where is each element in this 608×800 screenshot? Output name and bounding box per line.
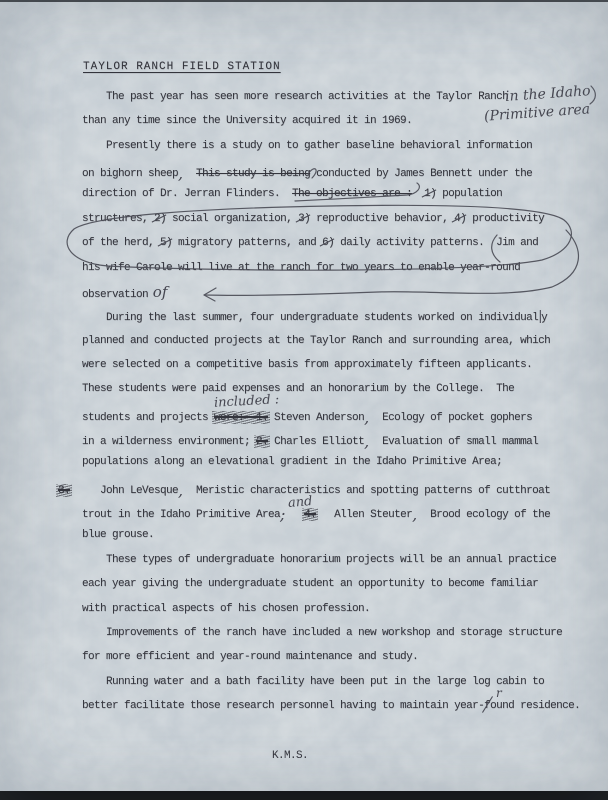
typed-text: for more efficient and year-round mainte… <box>58 651 418 663</box>
handwritten-insert: of <box>148 283 167 301</box>
typed-text: conducted by James Bennett under the <box>310 168 532 180</box>
handwritten-r-correction: r <box>496 686 502 700</box>
typed-text: than any time since the University acqui… <box>58 115 412 127</box>
typed-text <box>412 188 424 200</box>
typed-text: were selected on a competitive basis fro… <box>58 359 532 371</box>
typed-text: blue grouse. <box>58 529 154 541</box>
typed-line: Presently there is a study on to gather … <box>58 141 532 152</box>
typed-text: y <box>541 312 547 324</box>
slashed-number: 5) <box>160 237 172 249</box>
typed-text: Ecology of pocket gophers <box>370 412 532 424</box>
typed-text: Meristic characteristics and spotting pa… <box>184 485 550 497</box>
slashed-number: 2) <box>154 213 166 225</box>
handwritten-comma: , <box>364 436 370 447</box>
scan-edge-bottom <box>0 791 608 800</box>
typed-line: These types of undergraduate honorarium … <box>58 555 556 566</box>
typed-text: migratory patterns, and <box>172 237 322 249</box>
typed-text: of the herd, <box>58 237 160 249</box>
initials-signature: K.M.S. <box>272 750 308 762</box>
slashed-number: 6) <box>322 237 334 249</box>
typed-text: population <box>436 188 502 200</box>
typed-text: planned and conducted projects at the Ta… <box>58 335 550 347</box>
typed-text: his wife Carole will live at the ranch f… <box>58 262 520 274</box>
typed-text: social organization, <box>166 213 298 225</box>
typed-text: on bighorn sheep <box>58 168 178 180</box>
handwritten-comma: , <box>178 168 184 179</box>
typed-line: populations along an elevational gradien… <box>58 457 502 468</box>
typed-text: During the last summer, four undergradua… <box>58 312 538 324</box>
typed-text: structures, <box>58 213 154 225</box>
struck-text: The objectives are : <box>292 188 412 200</box>
typed-text: Presently there is a study on to gather … <box>58 140 532 152</box>
scanned-document-page: TAYLOR RANCH FIELD STATION The past year… <box>0 0 608 800</box>
scribbled-out-text: 3. <box>58 485 70 497</box>
letter-with-slash: f <box>484 700 490 712</box>
typed-text: with practical aspects of his chosen pro… <box>58 603 370 615</box>
typed-line: his wife Carole will live at the ranch f… <box>58 263 520 274</box>
scribbled-out-text: were: 1. <box>214 412 268 424</box>
typed-line: than any time since the University acqui… <box>58 116 412 127</box>
scribbled-out-text: 2. <box>256 436 268 448</box>
typed-line: The past year has seen more research act… <box>58 92 508 103</box>
typed-text: Allen Steuter <box>316 509 412 521</box>
typed-text <box>184 168 196 180</box>
typed-line: in a wilderness environment; 2. Charles … <box>58 433 538 448</box>
typed-line: were selected on a competitive basis fro… <box>58 360 532 371</box>
typed-line: students and projects were: 1. Steven An… <box>58 409 532 424</box>
typed-line: planned and conducted projects at the Ta… <box>58 336 550 347</box>
typed-line: observation of <box>58 287 167 301</box>
typed-text: observation <box>58 289 148 301</box>
typed-line: These students were paid expenses and an… <box>58 384 514 395</box>
typed-text: daily activity patterns. Jim and <box>334 237 538 249</box>
typed-text: Charles Elliott <box>268 436 364 448</box>
typed-line: on bighorn sheep, This study is being co… <box>58 165 532 180</box>
typed-line: Improvements of the ranch have included … <box>58 628 562 639</box>
handwritten-comma: ; <box>280 509 286 520</box>
typed-text: John LeVesque <box>70 485 178 497</box>
typed-line: direction of Dr. Jerran Flinders. The ob… <box>58 189 502 200</box>
typed-line: blue grouse. <box>58 530 154 541</box>
typed-line: with practical aspects of his chosen pro… <box>58 604 370 615</box>
typed-text: each year giving the undergraduate stude… <box>58 578 538 590</box>
typed-text: productivity <box>466 213 544 225</box>
slashed-number: 1) <box>424 188 436 200</box>
handwritten-and-note: and <box>287 494 313 511</box>
typed-text: trout in the Idaho Primitive Area <box>58 509 280 521</box>
handwritten-comma: , <box>178 485 184 496</box>
typed-line: each year giving the undergraduate stude… <box>58 579 538 590</box>
handwritten-comma: , <box>412 509 418 520</box>
typed-text: ound residence. <box>490 700 580 712</box>
scan-edge-top <box>0 0 608 2</box>
typed-line: Running water and a bath facility have b… <box>58 677 544 688</box>
typed-text: better facilitate those research personn… <box>58 700 484 712</box>
handwritten-comma: , <box>364 412 370 423</box>
typed-text: Steven Anderson <box>268 412 364 424</box>
typed-text: in a wilderness environment; <box>58 436 256 448</box>
typed-text: reproductive behavior, <box>310 213 454 225</box>
slashed-number: 3) <box>298 213 310 225</box>
typed-text: These students were paid expenses and an… <box>58 383 514 395</box>
typed-line: better facilitate those research personn… <box>58 701 580 712</box>
typed-line: for more efficient and year-round mainte… <box>58 652 418 663</box>
struck-text: This study is being <box>196 168 310 180</box>
typed-text: Running water and a bath facility have b… <box>58 676 544 688</box>
typed-text: direction of Dr. Jerran Flinders. <box>58 188 292 200</box>
typed-text: Improvements of the ranch have included … <box>58 627 562 639</box>
slashed-number: 4) <box>454 213 466 225</box>
typed-text: Evaluation of small mammal <box>370 436 538 448</box>
typed-line: During the last summer, four undergradua… <box>58 311 547 324</box>
typed-text: Brood ecology of the <box>418 509 550 521</box>
scribbled-out-text: 4. <box>304 509 316 521</box>
typed-text: populations along an elevational gradien… <box>58 456 502 468</box>
typed-text: The past year has seen more research act… <box>58 91 508 103</box>
typed-text: students and projects <box>58 412 214 424</box>
typed-line: of the herd, 5) migratory patterns, and … <box>58 238 538 249</box>
typed-line: structures, 2) social organization, 3) r… <box>58 214 544 225</box>
typed-text: These types of undergraduate honorarium … <box>58 554 556 566</box>
